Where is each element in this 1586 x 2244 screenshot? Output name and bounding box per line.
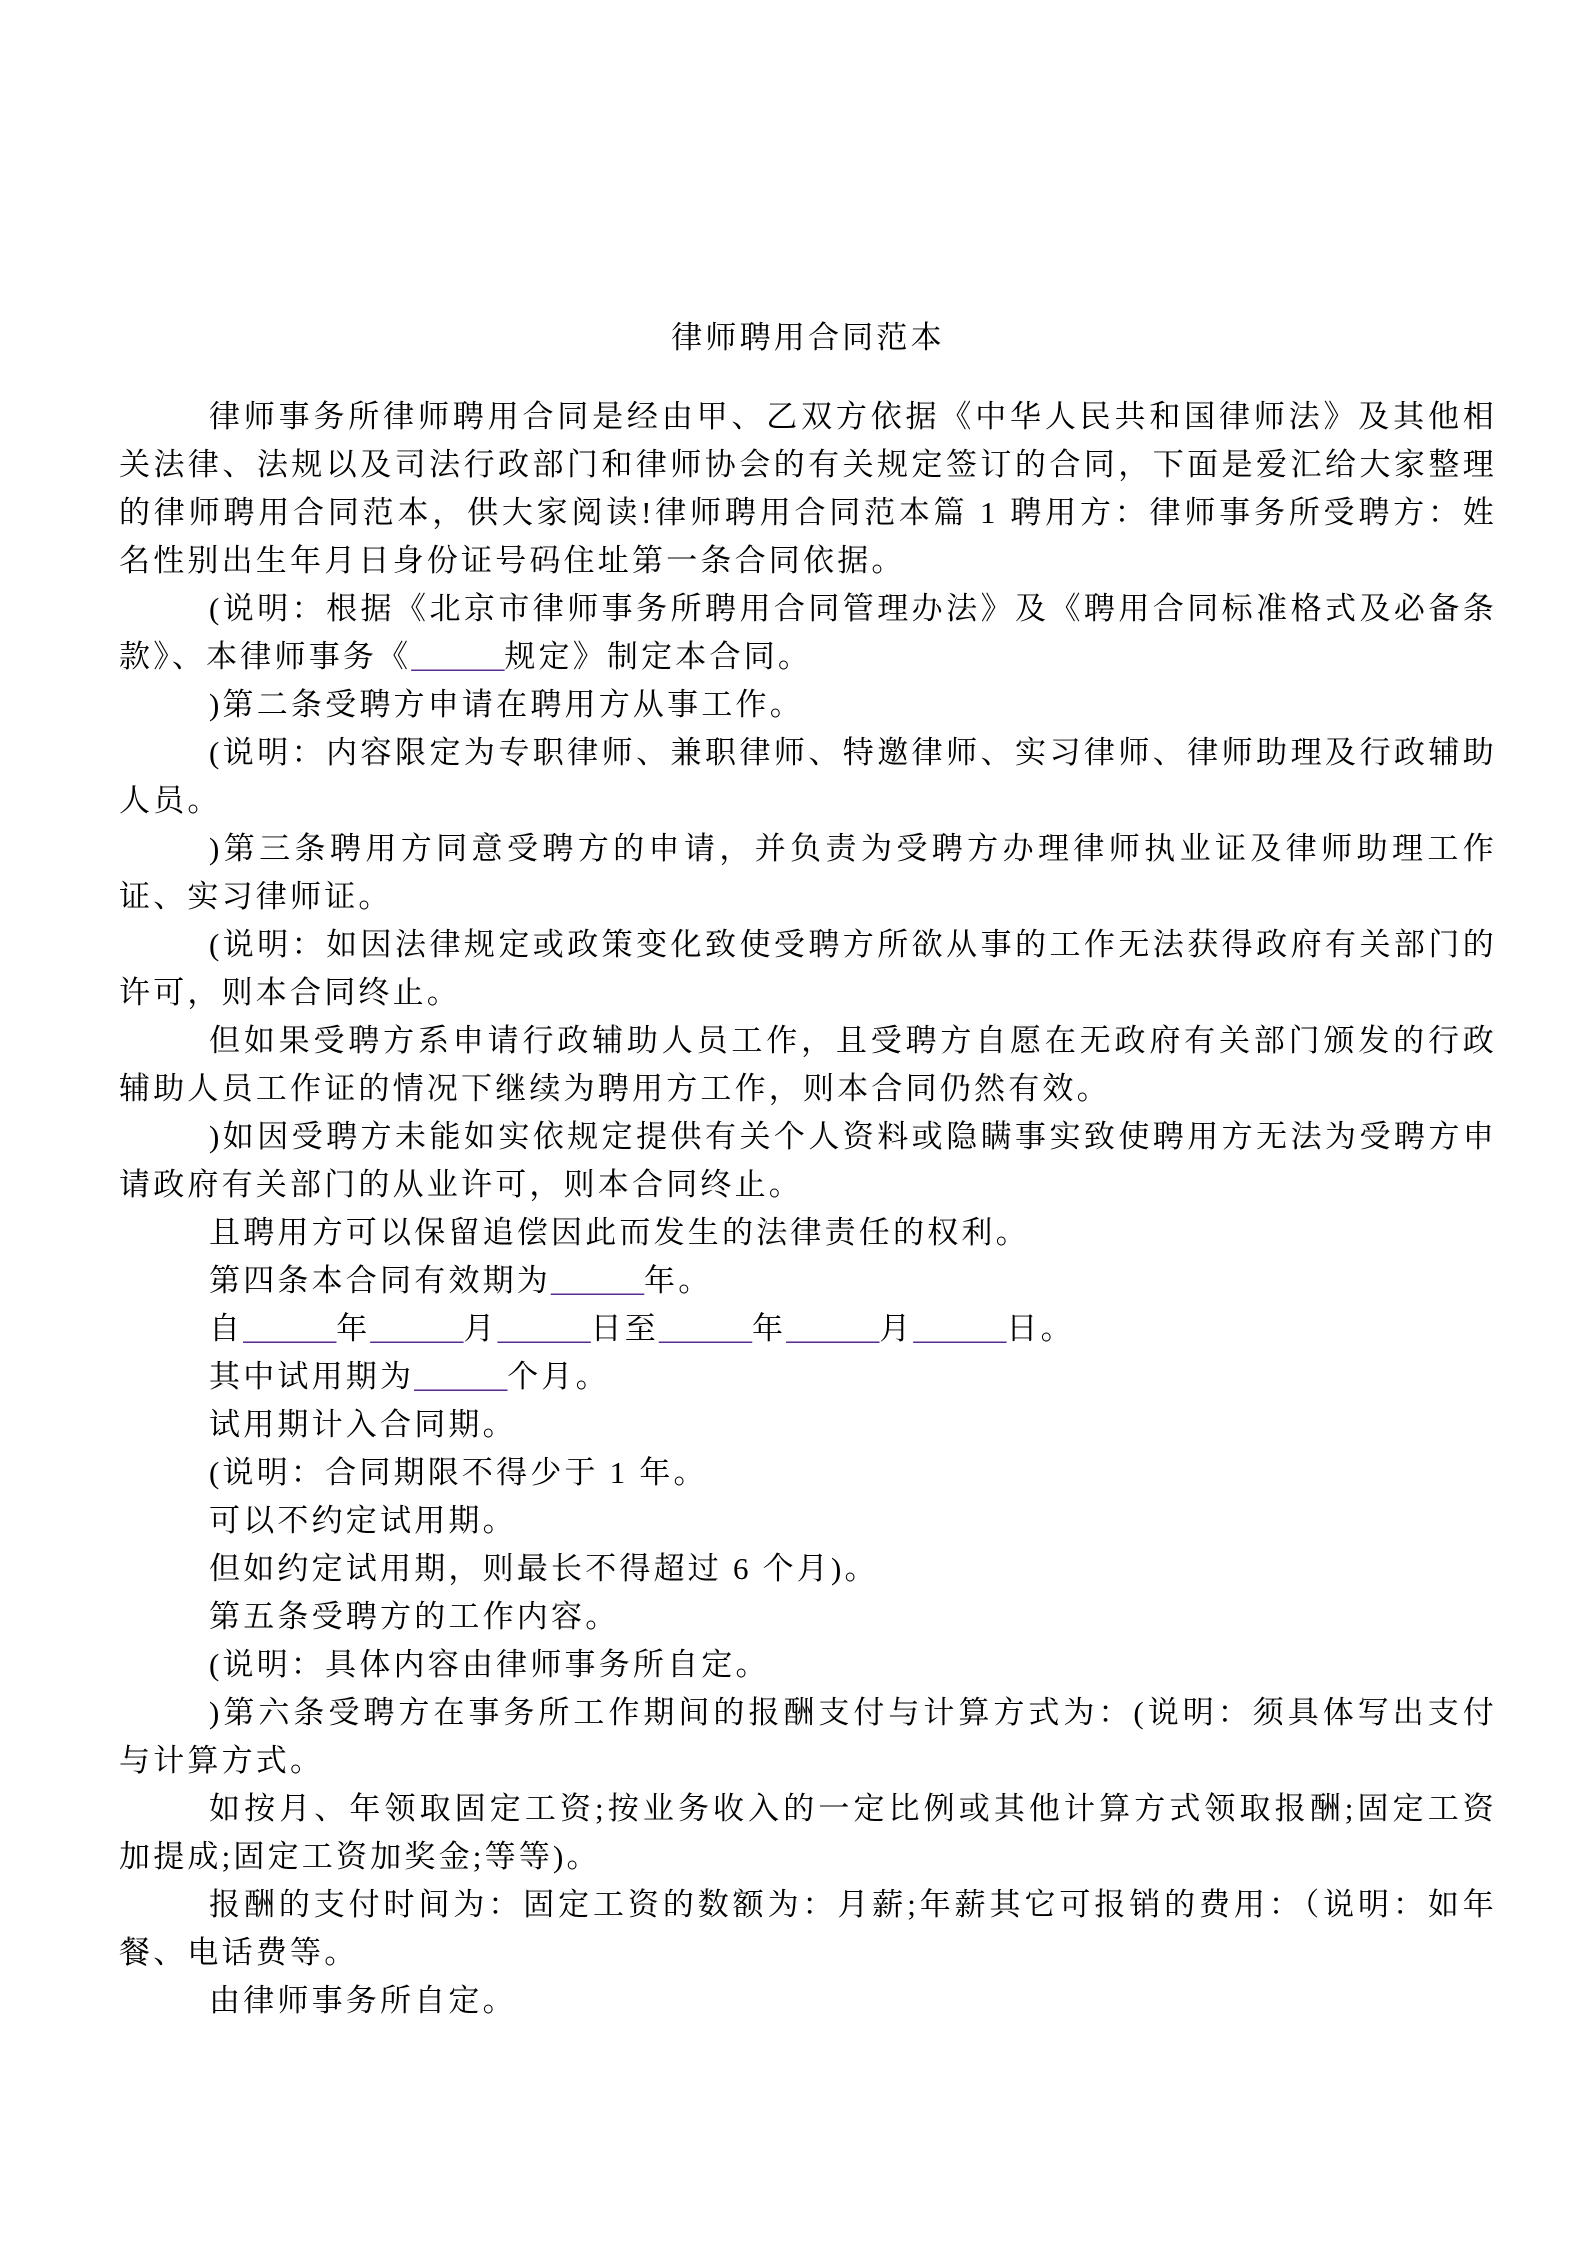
- paragraph-text: (说明：内容限定为专职律师、兼职律师、特邀律师、实习律师、律师助理及行政辅助人员…: [119, 735, 1497, 818]
- paragraph-admin-staff: 但如果受聘方系申请行政辅助人员工作，且受聘方自愿在无政府有关部门颁发的行政辅助人…: [119, 1017, 1497, 1113]
- fill-in-blank: ______: [659, 1311, 752, 1346]
- paragraph-intro: 律师事务所律师聘用合同是经由甲、乙双方依据《中华人民共和国律师法》及其他相关法律…: [119, 393, 1497, 585]
- paragraph-text: 但如果受聘方系申请行政辅助人员工作，且受聘方自愿在无政府有关部门颁发的行政辅助人…: [119, 1023, 1497, 1106]
- paragraph-false-info: )如因受聘方未能如实依规定提供有关个人资料或隐瞒事实致使聘用方无法为受聘方申请政…: [119, 1113, 1497, 1209]
- paragraph-text: 年。: [644, 1263, 712, 1298]
- paragraph-clause-2-note: (说明：内容限定为专职律师、兼职律师、特邀律师、实习律师、律师助理及行政辅助人员…: [119, 729, 1497, 825]
- paragraph-pay-time: 报酬的支付时间为：固定工资的数额为：月薪;年薪其它可报销的费用：（说明：如年餐、…: [119, 1881, 1497, 1977]
- paragraph-text: 其中试用期为: [209, 1359, 414, 1394]
- paragraph-term-dates: 自______年______月______日至______年______月___…: [119, 1305, 1497, 1353]
- paragraph-text: (说明：如因法律规定或政策变化致使受聘方所欲从事的工作无法获得政府有关部门的许可…: [119, 927, 1497, 1010]
- paragraph-text: )第三条聘用方同意受聘方的申请，并负责为受聘方办理律师执业证及律师助理工作证、实…: [119, 831, 1497, 914]
- document-page: 律师聘用合同范本 律师事务所律师聘用合同是经由甲、乙双方依据《中华人民共和国律师…: [0, 0, 1586, 2244]
- paragraph-text: 由律师事务所自定。: [209, 1983, 517, 2018]
- paragraph-liability: 且聘用方可以保留追偿因此而发生的法律责任的权利。: [119, 1209, 1497, 1257]
- paragraph-text: 自: [209, 1311, 243, 1346]
- paragraph-clause-3-note: (说明：如因法律规定或政策变化致使受聘方所欲从事的工作无法获得政府有关部门的许可…: [119, 921, 1497, 1017]
- fill-in-blank: ______: [498, 1311, 591, 1346]
- paragraph-text: 律师事务所律师聘用合同是经由甲、乙双方依据《中华人民共和国律师法》及其他相关法律…: [119, 399, 1497, 578]
- paragraph-clause-5-note: (说明：具体内容由律师事务所自定。: [119, 1641, 1497, 1689]
- fill-in-blank: ______: [411, 639, 504, 674]
- paragraph-text: 年: [752, 1311, 786, 1346]
- paragraph-text: 规定》制定本合同。: [504, 639, 812, 674]
- paragraph-text: 且聘用方可以保留追偿因此而发生的法律责任的权利。: [209, 1215, 1030, 1250]
- paragraph-probation-max: 但如约定试用期，则最长不得超过 6 个月)。: [119, 1545, 1497, 1593]
- paragraph-text: 报酬的支付时间为：固定工资的数额为：月薪;年薪其它可报销的费用：（说明：如年餐、…: [119, 1887, 1497, 1970]
- fill-in-blank: ______: [913, 1311, 1006, 1346]
- paragraph-text: 但如约定试用期，则最长不得超过 6 个月)。: [209, 1551, 879, 1586]
- paragraph-firm-decides: 由律师事务所自定。: [119, 1977, 1497, 2025]
- document-title: 律师聘用合同范本: [119, 314, 1497, 362]
- paragraph-text: 日至: [591, 1311, 659, 1346]
- fill-in-blank: ______: [414, 1359, 507, 1394]
- paragraph-no-probation: 可以不约定试用期。: [119, 1497, 1497, 1545]
- paragraph-probation: 其中试用期为______个月。: [119, 1353, 1497, 1401]
- paragraph-term-note: (说明：合同期限不得少于 1 年。: [119, 1449, 1497, 1497]
- paragraph-text: )如因受聘方未能如实依规定提供有关个人资料或隐瞒事实致使聘用方无法为受聘方申请政…: [119, 1119, 1497, 1202]
- paragraph-text: (说明：具体内容由律师事务所自定。: [209, 1647, 770, 1682]
- paragraph-pay-methods: 如按月、年领取固定工资;按业务收入的一定比例或其他计算方式领取报酬;固定工资加提…: [119, 1785, 1497, 1881]
- fill-in-blank: ______: [551, 1263, 644, 1298]
- paragraph-text: 第五条受聘方的工作内容。: [209, 1599, 619, 1634]
- paragraph-text: )第二条受聘方申请在聘用方从事工作。: [209, 687, 804, 722]
- paragraph-text: )第六条受聘方在事务所工作期间的报酬支付与计算方式为：(说明：须具体写出支付与计…: [119, 1695, 1497, 1778]
- paragraph-text: 如按月、年领取固定工资;按业务收入的一定比例或其他计算方式领取报酬;固定工资加提…: [119, 1791, 1497, 1874]
- fill-in-blank: ______: [370, 1311, 463, 1346]
- paragraph-text: 个月。: [507, 1359, 610, 1394]
- paragraph-clause-4-term: 第四条本合同有效期为______年。: [119, 1257, 1497, 1305]
- paragraph-text: 可以不约定试用期。: [209, 1503, 517, 1538]
- paragraph-text: 第四条本合同有效期为: [209, 1263, 551, 1298]
- paragraph-text: 年: [336, 1311, 370, 1346]
- paragraph-text: 试用期计入合同期。: [209, 1407, 517, 1442]
- paragraph-clause-2: )第二条受聘方申请在聘用方从事工作。: [119, 681, 1497, 729]
- paragraph-text: 月: [463, 1311, 497, 1346]
- paragraph-clause-5: 第五条受聘方的工作内容。: [119, 1593, 1497, 1641]
- fill-in-blank: ______: [786, 1311, 879, 1346]
- paragraph-text: 月: [879, 1311, 913, 1346]
- paragraph-clause-1-note: (说明：根据《北京市律师事务所聘用合同管理办法》及《聘用合同标准格式及必备条款》…: [119, 585, 1497, 681]
- paragraph-probation-counted: 试用期计入合同期。: [119, 1401, 1497, 1449]
- paragraph-text: 日。: [1006, 1311, 1074, 1346]
- paragraph-clause-3: )第三条聘用方同意受聘方的申请，并负责为受聘方办理律师执业证及律师助理工作证、实…: [119, 825, 1497, 921]
- paragraph-text: (说明：合同期限不得少于 1 年。: [209, 1455, 708, 1490]
- paragraph-clause-6: )第六条受聘方在事务所工作期间的报酬支付与计算方式为：(说明：须具体写出支付与计…: [119, 1689, 1497, 1785]
- fill-in-blank: ______: [243, 1311, 336, 1346]
